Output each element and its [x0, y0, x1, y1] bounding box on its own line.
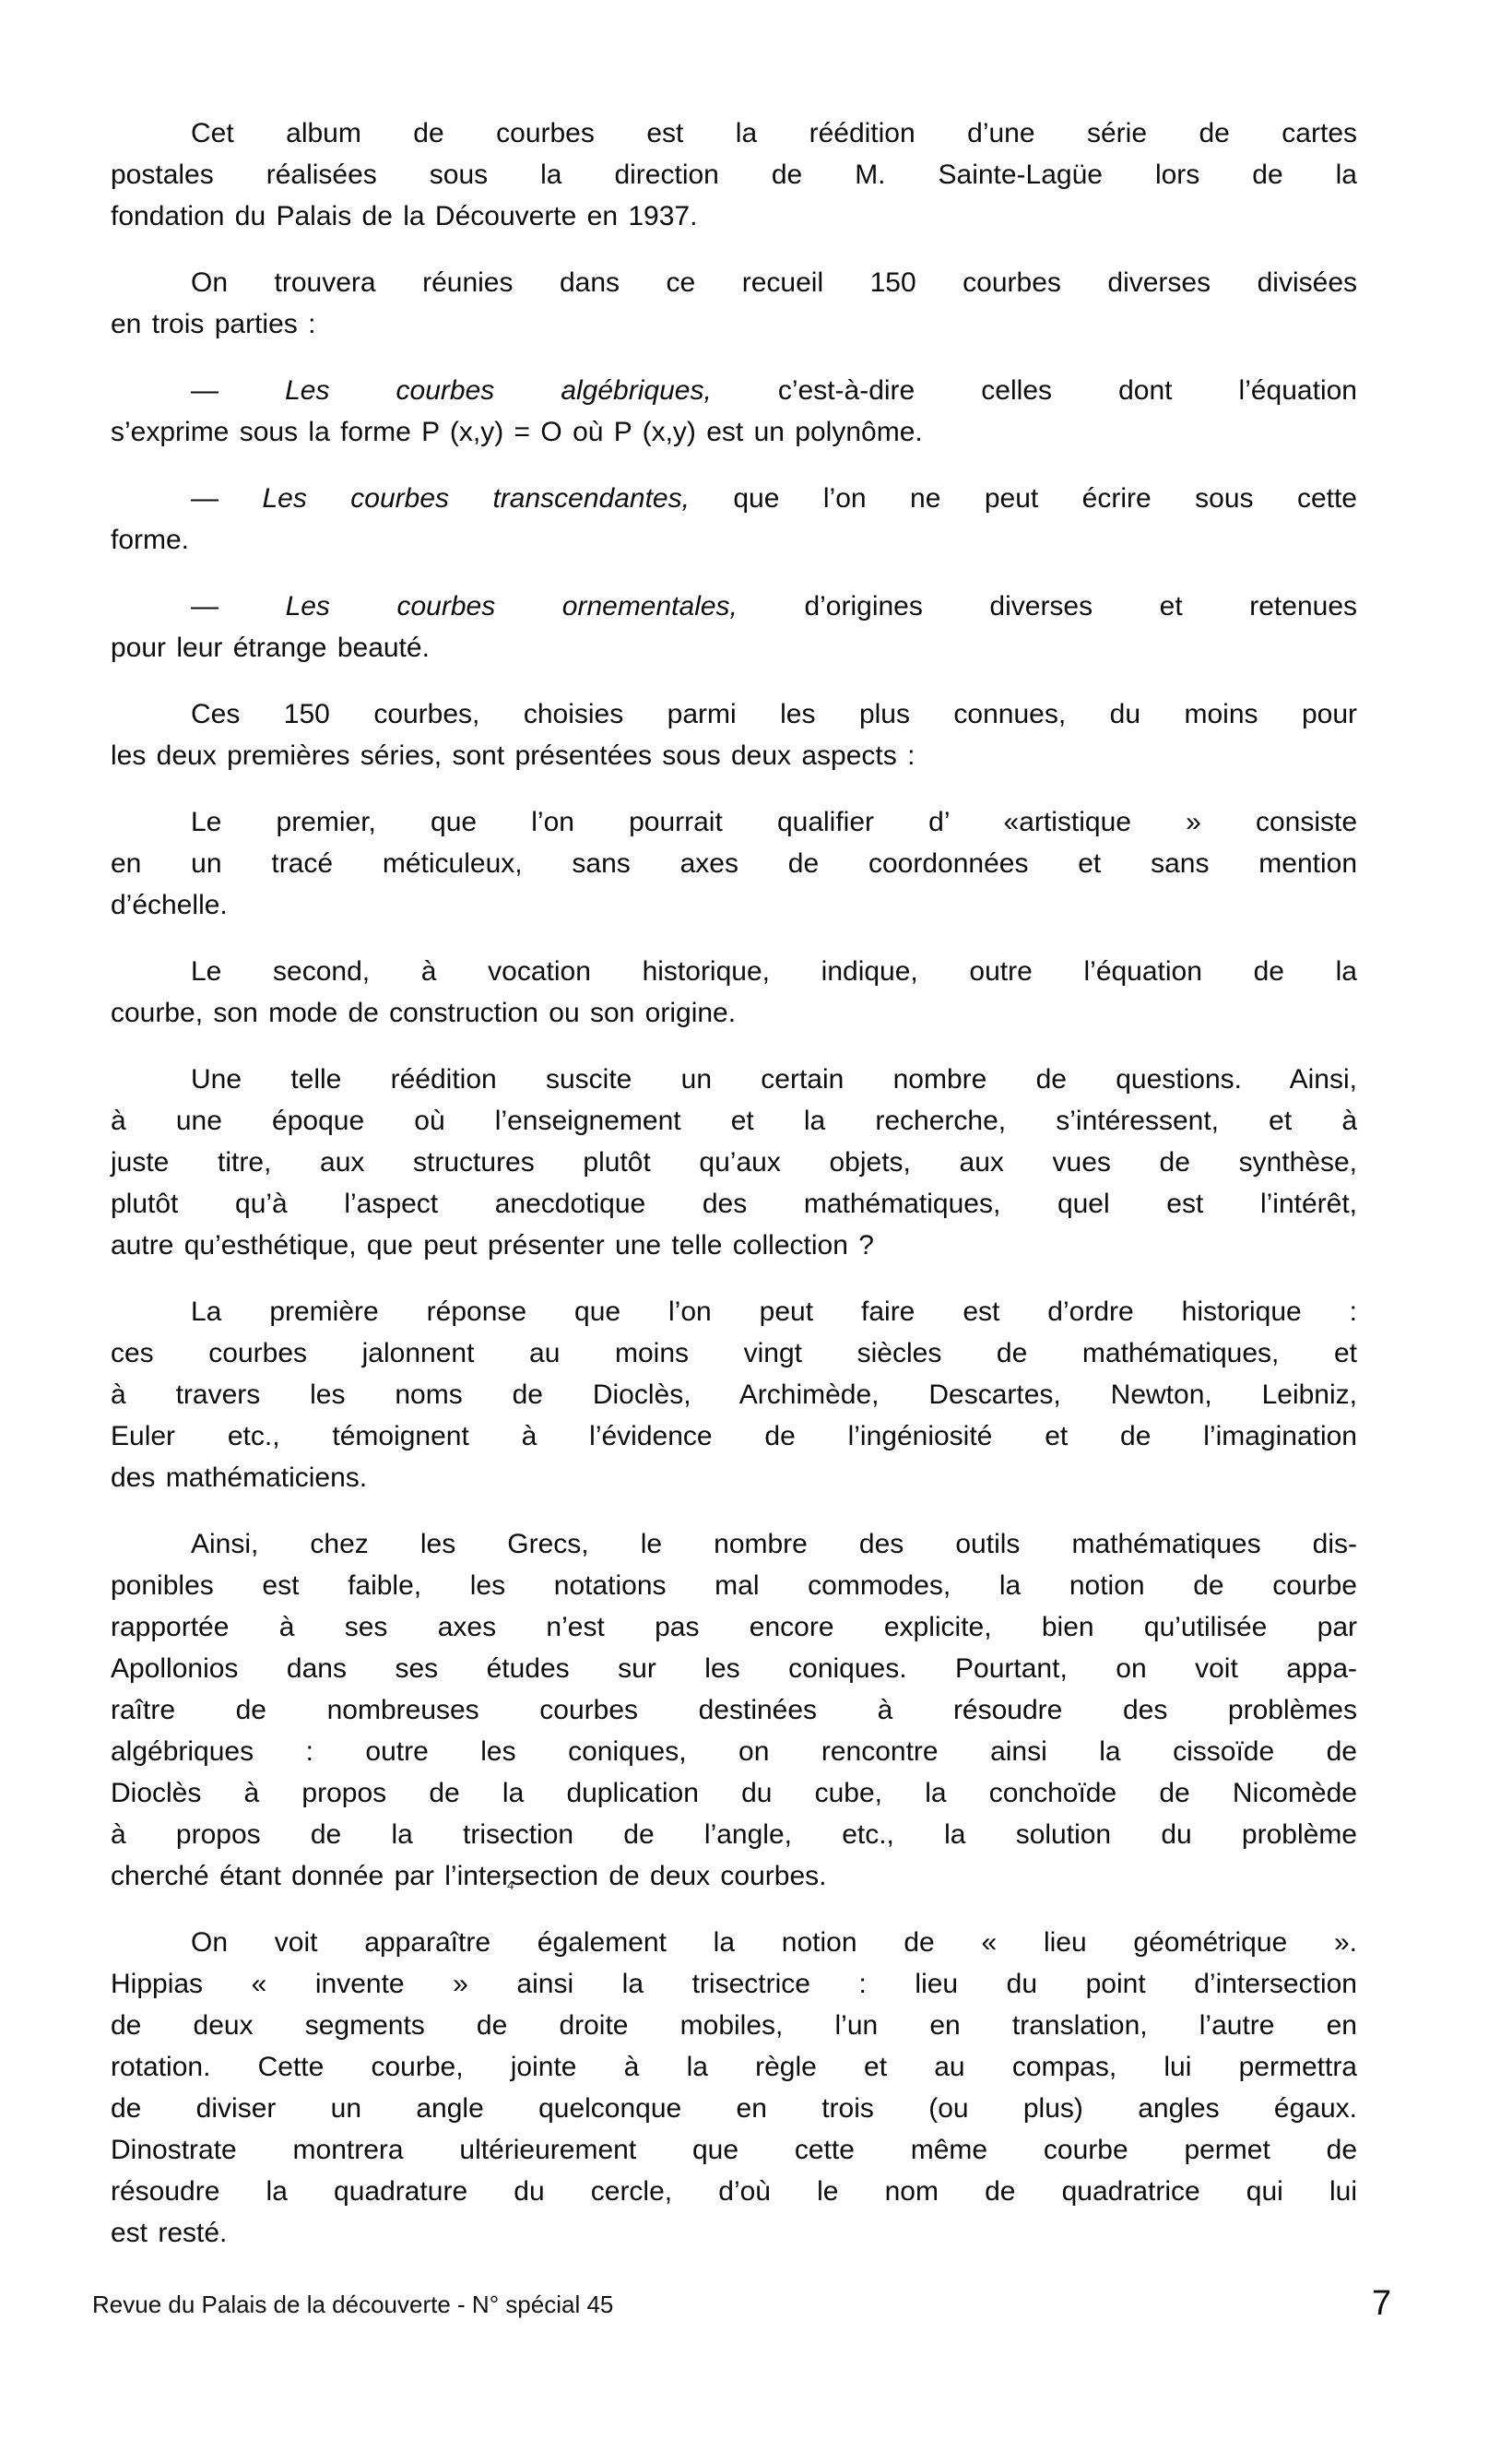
text-line: cherché étant donnée par l’intersection … — [111, 1855, 1357, 1897]
text-run: en trois parties : — [111, 309, 315, 339]
text-line: Euler etc., témoignent à l’évidence de l… — [111, 1415, 1357, 1457]
text-run: à une époque où l’enseignement et la rec… — [111, 1106, 1357, 1136]
text-line: résoudre la quadrature du cercle, d’où l… — [111, 2171, 1357, 2212]
text-run: — — [191, 483, 262, 514]
text-run: rapportée à ses axes n’est pas encore ex… — [111, 1612, 1357, 1642]
italic-text-run: Les courbes algébriques, — [285, 375, 712, 406]
text-run: Euler etc., témoignent à l’évidence de l… — [111, 1421, 1357, 1451]
text-line: Ainsi, chez les Grecs, le nombre des out… — [111, 1523, 1357, 1565]
text-run: des mathématiciens. — [111, 1462, 367, 1493]
text-run: à propos de la trisection de l’angle, et… — [111, 1819, 1357, 1850]
text-line: Apollonios dans ses études sur les coniq… — [111, 1648, 1357, 1689]
text-run: de deux segments de droite mobiles, l’un… — [111, 2010, 1357, 2041]
text-run: ces courbes jalonnent au moins vingt siè… — [111, 1338, 1357, 1368]
paragraph: — Les courbes algébriques, c’est-à-dire … — [111, 370, 1357, 453]
text-line: Dioclès à propos de la duplication du cu… — [111, 1772, 1357, 1814]
page-number: 7 — [1372, 2285, 1391, 2322]
text-run: On voit apparaître également la notion d… — [191, 1927, 1357, 1958]
text-line: en un tracé méticuleux, sans axes de coo… — [111, 843, 1357, 884]
text-run: en un tracé méticuleux, sans axes de coo… — [111, 848, 1357, 879]
italic-text-run: Les courbes ornementales, — [286, 591, 738, 622]
text-run: Cet album de courbes est la réédition d’… — [191, 118, 1357, 148]
text-line: Une telle réédition suscite un certain n… — [111, 1059, 1357, 1100]
text-line: Hippias « invente » ainsi la trisectrice… — [111, 1963, 1357, 2005]
text-run: cherché étant donnée par l’intersection … — [111, 1861, 827, 1891]
text-line: est resté. — [111, 2212, 1357, 2254]
text-run: les deux premières séries, sont présenté… — [111, 740, 915, 771]
text-line: d’échelle. — [111, 884, 1357, 926]
text-run: Le second, à vocation historique, indiqu… — [191, 956, 1357, 987]
italic-text-run: Les courbes transcendantes, — [262, 483, 689, 514]
text-run: Dioclès à propos de la duplication du cu… — [111, 1778, 1357, 1808]
text-run: juste titre, aux structures plutôt qu’au… — [111, 1147, 1357, 1178]
text-run: Le premier, que l’on pourrait qualifier … — [191, 807, 1357, 837]
text-line: ces courbes jalonnent au moins vingt siè… — [111, 1332, 1357, 1374]
text-line: rotation. Cette courbe, jointe à la règl… — [111, 2046, 1357, 2088]
text-line: en trois parties : — [111, 303, 1357, 345]
text-line: — Les courbes transcendantes, que l’on n… — [111, 478, 1357, 519]
text-line: On voit apparaître également la notion d… — [111, 1922, 1357, 1963]
text-line: courbe, son mode de construction ou son … — [111, 992, 1357, 1034]
text-run: algébriques : outre les coniques, on ren… — [111, 1736, 1357, 1767]
text-run: On trouvera réunies dans ce recueil 150 … — [191, 267, 1357, 298]
text-line: à propos de la trisection de l’angle, et… — [111, 1814, 1357, 1855]
document-page: Cet album de courbes est la réédition d’… — [0, 0, 1512, 2439]
text-run: fondation du Palais de la Découverte en … — [111, 201, 697, 231]
text-run: autre qu’esthétique, que peut présenter … — [111, 1230, 874, 1261]
paragraph: On voit apparaître également la notion d… — [111, 1922, 1357, 2254]
text-run: rotation. Cette courbe, jointe à la règl… — [111, 2052, 1357, 2082]
text-line: Dinostrate montrera ultérieurement que c… — [111, 2129, 1357, 2171]
paragraph: Cet album de courbes est la réédition d’… — [111, 112, 1357, 237]
text-run: c’est-à-dire celles dont l’équation — [712, 375, 1357, 406]
text-run: postales réalisées sous la direction de … — [111, 160, 1357, 190]
text-run: Dinostrate montrera ultérieurement que c… — [111, 2135, 1357, 2165]
text-line: ponibles est faible, les notations mal c… — [111, 1565, 1357, 1606]
paragraph: On trouvera réunies dans ce recueil 150 … — [111, 262, 1357, 345]
text-run: est resté. — [111, 2218, 227, 2248]
text-line: postales réalisées sous la direction de … — [111, 154, 1357, 195]
paragraph: Le premier, que l’on pourrait qualifier … — [111, 801, 1357, 926]
text-run: raître de nombreuses courbes destinées à… — [111, 1695, 1357, 1725]
paragraph: — Les courbes transcendantes, que l’on n… — [111, 478, 1357, 561]
text-line: algébriques : outre les coniques, on ren… — [111, 1731, 1357, 1772]
text-line: les deux premières séries, sont présenté… — [111, 735, 1357, 776]
paragraph: La première réponse que l’on peut faire … — [111, 1291, 1357, 1498]
text-line: juste titre, aux structures plutôt qu’au… — [111, 1142, 1357, 1183]
text-line: Ces 150 courbes, choisies parmi les plus… — [111, 693, 1357, 735]
text-run: plutôt qu’à l’aspect anecdotique des mat… — [111, 1189, 1357, 1219]
text-line: rapportée à ses axes n’est pas encore ex… — [111, 1606, 1357, 1648]
text-line: des mathématiciens. — [111, 1457, 1357, 1498]
text-run: La première réponse que l’on peut faire … — [191, 1296, 1357, 1327]
text-line: — Les courbes ornementales, d’origines d… — [111, 586, 1357, 627]
paragraph: Ainsi, chez les Grecs, le nombre des out… — [111, 1523, 1357, 1897]
text-run: pour leur étrange beauté. — [111, 633, 430, 663]
paragraph: Ces 150 courbes, choisies parmi les plus… — [111, 693, 1357, 776]
text-line: à une époque où l’enseignement et la rec… — [111, 1100, 1357, 1142]
text-line: raître de nombreuses courbes destinées à… — [111, 1689, 1357, 1731]
article-body: Cet album de courbes est la réédition d’… — [111, 112, 1357, 2254]
text-run: ponibles est faible, les notations mal c… — [111, 1570, 1357, 1601]
paragraph: Le second, à vocation historique, indiqu… — [111, 951, 1357, 1034]
journal-footer-text: Revue du Palais de la découverte - N° sp… — [92, 2291, 613, 2318]
text-run: de diviser un angle quelconque en trois … — [111, 2093, 1357, 2124]
paragraph: Une telle réédition suscite un certain n… — [111, 1059, 1357, 1266]
scan-artifact-mark: 4 — [507, 1879, 514, 1891]
text-run: — — [191, 591, 286, 622]
text-run: d’origines diverses et retenues — [738, 591, 1357, 622]
text-run: Apollonios dans ses études sur les coniq… — [111, 1653, 1357, 1684]
text-line: plutôt qu’à l’aspect anecdotique des mat… — [111, 1183, 1357, 1225]
text-run: s’exprime sous la forme P (x,y) = O où P… — [111, 417, 923, 447]
text-run: forme. — [111, 525, 189, 555]
text-run: à travers les noms de Dioclès, Archimède… — [111, 1379, 1357, 1410]
text-line: s’exprime sous la forme P (x,y) = O où P… — [111, 411, 1357, 453]
text-line: On trouvera réunies dans ce recueil 150 … — [111, 262, 1357, 303]
paragraph: — Les courbes ornementales, d’origines d… — [111, 586, 1357, 669]
text-run: Ainsi, chez les Grecs, le nombre des out… — [191, 1529, 1357, 1559]
text-line: de diviser un angle quelconque en trois … — [111, 2088, 1357, 2129]
text-run: résoudre la quadrature du cercle, d’où l… — [111, 2176, 1357, 2207]
text-line: Le premier, que l’on pourrait qualifier … — [111, 801, 1357, 843]
text-line: de deux segments de droite mobiles, l’un… — [111, 2005, 1357, 2046]
text-line: fondation du Palais de la Découverte en … — [111, 195, 1357, 237]
text-line: — Les courbes algébriques, c’est-à-dire … — [111, 370, 1357, 411]
text-line: Le second, à vocation historique, indiqu… — [111, 951, 1357, 992]
text-line: forme. — [111, 519, 1357, 561]
text-run: Hippias « invente » ainsi la trisectrice… — [111, 1969, 1357, 1999]
text-line: pour leur étrange beauté. — [111, 627, 1357, 669]
text-line: La première réponse que l’on peut faire … — [111, 1291, 1357, 1332]
text-run: Ces 150 courbes, choisies parmi les plus… — [191, 699, 1357, 729]
text-line: autre qu’esthétique, que peut présenter … — [111, 1225, 1357, 1266]
text-run: que l’on ne peut écrire sous cette — [690, 483, 1357, 514]
text-run: — — [191, 375, 285, 406]
text-run: d’échelle. — [111, 890, 228, 920]
text-run: Une telle réédition suscite un certain n… — [191, 1064, 1357, 1095]
text-line: à travers les noms de Dioclès, Archimède… — [111, 1374, 1357, 1415]
text-line: Cet album de courbes est la réédition d’… — [111, 112, 1357, 154]
text-run: courbe, son mode de construction ou son … — [111, 998, 736, 1028]
